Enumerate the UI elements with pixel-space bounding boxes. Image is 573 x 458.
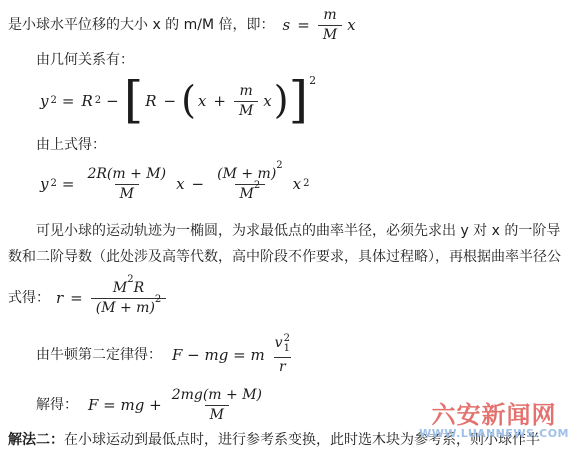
formula-displacement: s = m M x [281, 7, 358, 44]
fraction-numerator: (M + m)2 [212, 166, 288, 184]
fraction-numerator: v21 [270, 335, 295, 357]
formula-newton: F − mg = m v21 r [170, 335, 298, 376]
fraction: v21 r [270, 335, 295, 376]
math-token: v [275, 335, 283, 352]
fraction-denominator: M [115, 184, 139, 203]
para7-text: 在小球运动到最低点时，进行参考系变换，此时选木块为参考系，则小球作半 [64, 432, 540, 448]
minus-sign: − [164, 92, 177, 110]
math-token: y [40, 92, 48, 110]
fraction-denominator: r [274, 357, 291, 376]
math-token: s [283, 16, 291, 34]
radius-row: 式得： r = M2R (M + m)2 [8, 274, 565, 322]
minus-sign: − [192, 175, 205, 193]
math-token: x [293, 175, 301, 193]
formula-radius: r = M2R (M + m)2 [54, 280, 169, 317]
math-token: R [145, 92, 156, 110]
formula-geometry: y2 = R2 − [ R − ( x + m M x ) ] 2 [38, 73, 315, 129]
math-token: M [113, 280, 127, 297]
math-token: x [198, 92, 206, 110]
math-token: R [134, 280, 145, 297]
equals-sign: = [62, 175, 75, 193]
fraction: m M [318, 7, 342, 44]
para6-label: 解得： [36, 395, 78, 416]
math-token: (M + m) [217, 166, 276, 183]
fraction-denominator: (M + m)2 [91, 298, 167, 317]
para2-text: 由几何关系有： [36, 50, 565, 71]
math-token: r [56, 289, 63, 307]
sub-sup-stack: 21 [284, 334, 290, 355]
math-token: y [40, 175, 48, 193]
fraction-numerator: m [318, 7, 341, 25]
fraction: (M + m)2 M2 [212, 166, 288, 203]
formula-force: F = mg + 2mg(m + M) M [86, 387, 270, 424]
para4-line3-label: 式得： [8, 288, 50, 309]
minus-sign: − [106, 92, 119, 110]
fraction: 2mg(m + M) M [167, 387, 267, 424]
math-token: R [81, 92, 92, 110]
plus-sign: + [213, 92, 226, 110]
equals-sign: = [62, 92, 75, 110]
subscript: 1 [284, 344, 290, 355]
fraction-denominator: M [205, 405, 229, 424]
fraction-numerator: 2mg(m + M) [167, 387, 267, 405]
formula-trajectory: y2 = 2R(m + M) M x − (M + m)2 M2 x2 [38, 160, 310, 208]
math-token: x [347, 16, 355, 34]
para5-label: 由牛顿第二定律得： [36, 345, 162, 366]
fraction-numerator: M2R [108, 280, 149, 298]
fraction-denominator: M [318, 25, 342, 44]
math-token: M [240, 186, 254, 203]
para4-line1: 可见小球的运动轨迹为一椭圆，为求最低点的曲率半径，必须先求出 y 对 x 的一阶… [36, 218, 565, 244]
fraction-numerator: 2R(m + M) [82, 166, 171, 184]
math-token: x [176, 175, 184, 193]
fraction-denominator: M2 [235, 184, 266, 203]
document-page: 是小球水平位移的大小 x 的 m/M 倍，即： s = m M x 由几何关系有… [0, 0, 573, 458]
para1-row: 是小球水平位移的大小 x 的 m/M 倍，即： s = m M x [8, 6, 565, 44]
fraction: m M [234, 83, 258, 120]
fraction: 2R(m + M) M [82, 166, 171, 203]
fraction-denominator: M [234, 101, 258, 120]
force-row: 解得： F = mg + 2mg(m + M) M [36, 382, 565, 428]
math-token: F = mg + [88, 396, 162, 414]
equals-sign: = [70, 289, 83, 307]
para7-bold-label: 解法二： [8, 432, 64, 448]
math-token: F − mg = m [172, 346, 265, 364]
para4-line2: 数和二阶导数（此处涉及高等代数，高中阶段不作要求，具体过程略），再根据曲率半径公 [8, 244, 565, 270]
math-token: x [263, 92, 271, 110]
newton-row: 由牛顿第二定律得： F − mg = m v21 r [36, 330, 565, 380]
para4: 可见小球的运动轨迹为一椭圆，为求最低点的曲率半径，必须先求出 y 对 x 的一阶… [8, 218, 565, 270]
para1-text: 是小球水平位移的大小 x 的 m/M 倍，即： [8, 15, 275, 36]
math-token: (M + m) [96, 300, 155, 317]
equals-sign: = [297, 16, 310, 34]
para3-text: 由上式得： [36, 135, 565, 156]
fraction-numerator: m [234, 83, 257, 101]
fraction: M2R (M + m)2 [91, 280, 167, 317]
para7: 解法二：在小球运动到最低点时，进行参考系变换，此时选木块为参考系，则小球作半 [8, 430, 565, 451]
superscript: 2 [284, 334, 290, 345]
